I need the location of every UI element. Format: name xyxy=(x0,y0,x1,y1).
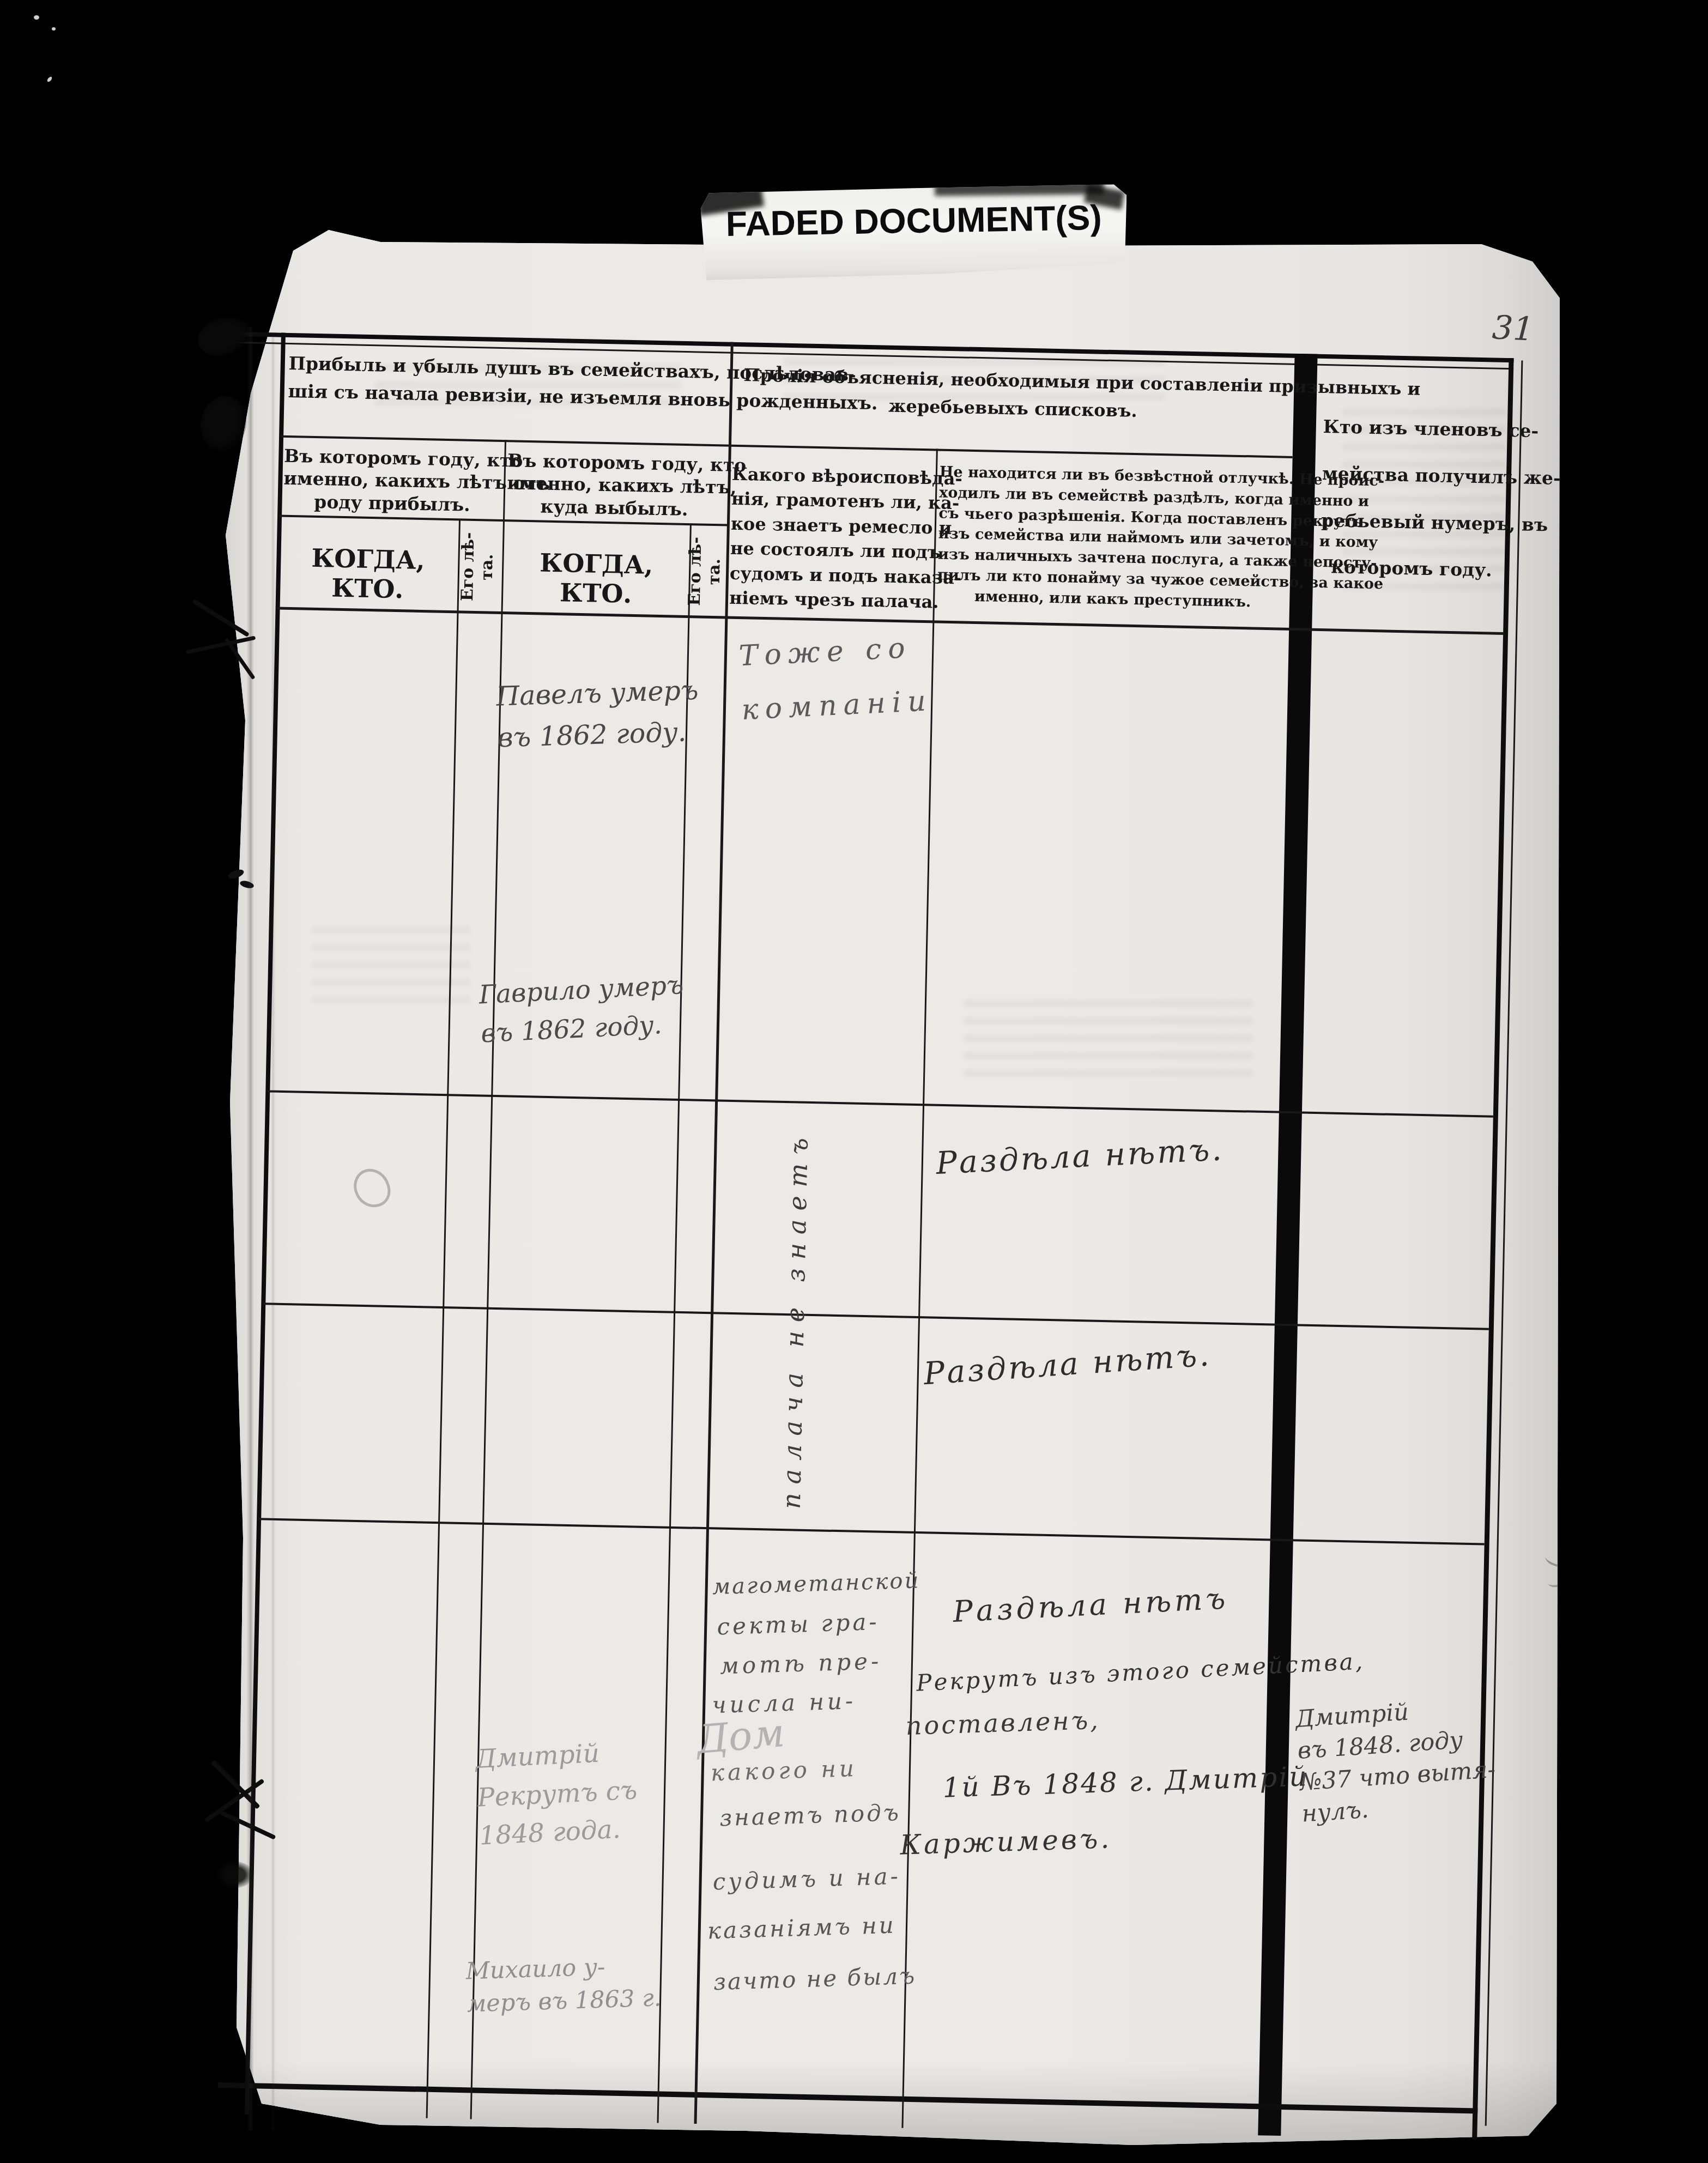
header-col-arrived: Въ которомъ году, ктоименно, какихъ лѣтъ… xyxy=(283,445,502,517)
faded-document-label: FADED DOCUMENT(S) xyxy=(700,197,1127,245)
header-right-group-title: Кто изъ членовъ се-мейства получилъ же-р… xyxy=(1320,403,1506,594)
entry-religion-line: знаетъ подъ xyxy=(719,1799,901,1832)
microfilm-scan: 31 Прибыль и убыль душъ въ семействахъ, … xyxy=(0,0,1708,2163)
entry-absence-line: Раздѣла нѣтъ xyxy=(952,1581,1229,1629)
entry-dmitriy-recruit-1848: ДмитрійРекрутъ съ1848 года. xyxy=(475,1733,640,1856)
entry-pavel-died-1862: Павелъ умеръвъ 1862 году. xyxy=(495,670,700,759)
header-when-who-2: КОГДА, КТО. xyxy=(503,547,689,610)
entry-absence-line: Каржимевъ. xyxy=(899,1822,1112,1861)
entry-religion-line: казаніямъ ни xyxy=(707,1911,896,1944)
row-rule xyxy=(258,1518,1485,1545)
entry-razdela-net-row2: Раздѣла нѣтъ. xyxy=(935,1131,1225,1182)
margin-scribble xyxy=(1544,1551,1570,1570)
row-rule xyxy=(263,1302,1489,1330)
entry-vertical-note: палача не знаетъ xyxy=(777,1123,814,1516)
page-crease xyxy=(246,327,254,2131)
table-gutter-rule xyxy=(1258,354,1317,2136)
entry-gavrilo-died-1862: Гаврило умеръвъ 1862 году. xyxy=(478,966,686,1053)
entry-religion-line: судимъ и на- xyxy=(712,1863,901,1895)
header-col-departed: Въ которомъ году, ктоименно, какихъ лѣтъ… xyxy=(506,449,723,521)
entry-religion-line: секты гра- xyxy=(717,1608,880,1640)
header-left-group-title: Прибыль и убыль душъ въ семействахъ, пос… xyxy=(288,349,725,414)
header-col-religion: Какого вѣроисповѣда-нія, грамотенъ ли, к… xyxy=(729,462,935,615)
dust-speck xyxy=(52,27,56,31)
page-number: 31 xyxy=(1491,308,1535,349)
header-when-who-1: КОГДА, КТО. xyxy=(277,543,458,605)
entry-religion-line: мотѣ пре- xyxy=(719,1647,882,1679)
header-age-2: Его лѣ-та. xyxy=(685,528,730,616)
faded-document-card: FADED DOCUMENT(S) xyxy=(700,184,1128,280)
col-rule xyxy=(657,524,691,2123)
revision-list-table: Прибыль и убыль душъ въ семействахъ, пос… xyxy=(228,332,1513,2156)
page-crease xyxy=(271,332,275,2131)
entry-lot-number: Дмитрійвъ 1848. году№37 что вытя-нулъ. xyxy=(1294,1692,1482,1830)
header-col-absence: Не находится ли въ безвѣстной отлучкѣ. Н… xyxy=(937,462,1291,614)
entry-religion-line: зачто не былъ xyxy=(713,1962,916,1996)
margin-scribble xyxy=(1547,1574,1568,1589)
entry-razdela-net-row3: Раздѣла нѣтъ. xyxy=(923,1337,1212,1392)
entry-mikhailo-died-1863: Михаило у-меръ въ 1863 г. xyxy=(465,1949,662,2021)
entry-tozhe-kompanii: Тоже сокомпаніи xyxy=(737,620,934,737)
entry-absence-line: поставленъ, xyxy=(905,1705,1101,1741)
row-rule xyxy=(267,1090,1493,1117)
dust-speck xyxy=(34,15,39,20)
table-border-bottom xyxy=(218,2082,1478,2114)
header-age-1: Его лѣ-та. xyxy=(458,523,504,611)
entry-absence-line: 1й Въ 1848 г. Дмитрій xyxy=(942,1760,1309,1803)
header-middle-group-title: Прочія объясненія, необходимыя при соста… xyxy=(743,361,1283,428)
entry-absence-line: Рекрутъ изъ этого семейства, xyxy=(916,1647,1365,1696)
entry-religion-line: какого ни xyxy=(710,1755,857,1786)
card-smudge xyxy=(935,180,1104,196)
col-rule xyxy=(426,519,461,2118)
dust-speck xyxy=(46,76,53,82)
entry-religion-line-faint: Дом xyxy=(695,1710,786,1762)
entry-religion-line: магометанской xyxy=(712,1568,920,1599)
